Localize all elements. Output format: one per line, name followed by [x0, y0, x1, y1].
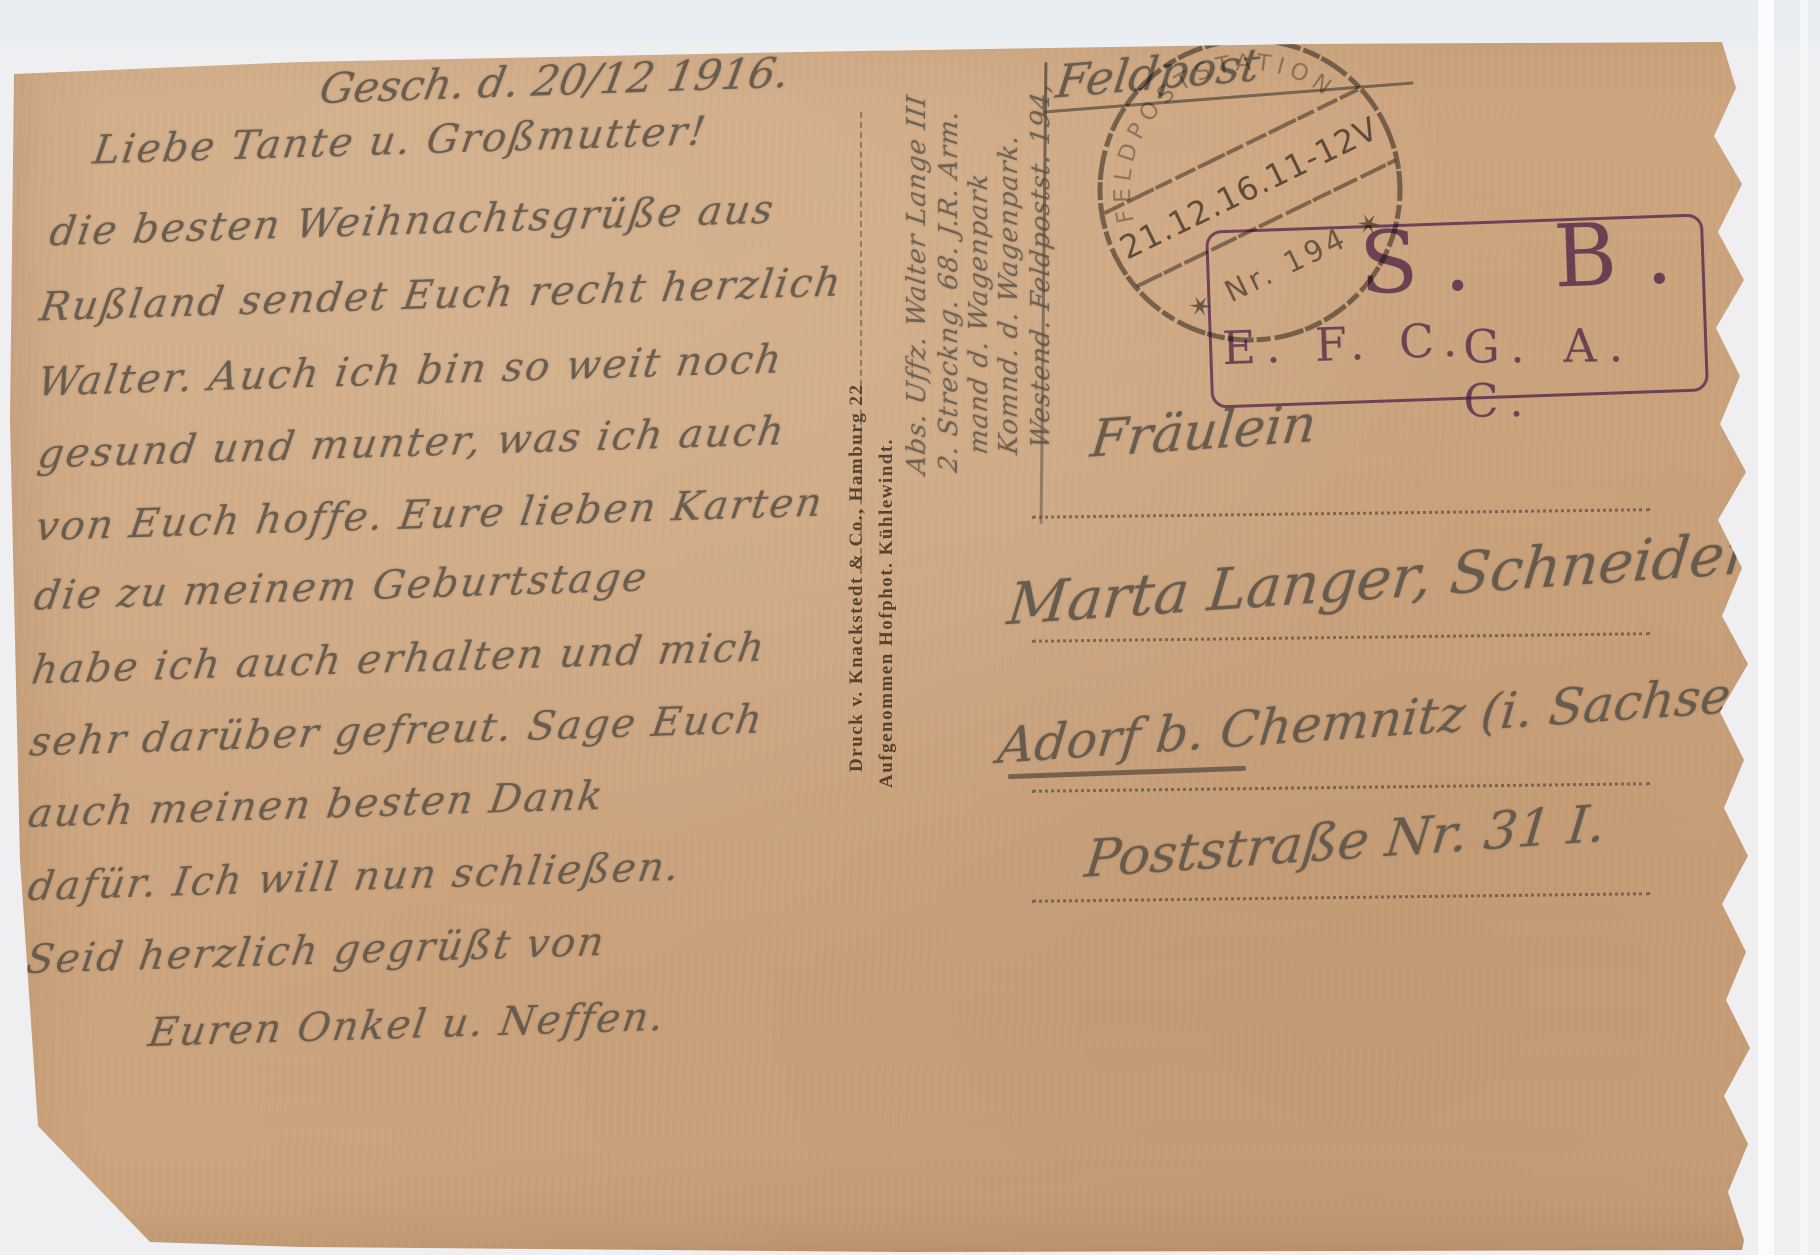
message-line: Liebe Tante u. Großmutter! [90, 108, 710, 173]
message-line: Rußland sendet Euch recht herzlich [37, 259, 846, 330]
message-line: gesund und munter, was ich auch [35, 408, 789, 477]
scanned-postcard-back: Gesch. d. 20/12 1916. Liebe Tante u. Gro… [0, 0, 1820, 1255]
address-rule [1032, 508, 1650, 519]
censor-sb-label: S. B. [1358, 203, 1702, 315]
printed-publisher-credit: Druck v. Knackstedt & Co., Hamburg 22 [846, 383, 868, 772]
censor-right-label: G. A. C. [1463, 318, 1706, 428]
message-line: dafür. Ich will nun schließen. [25, 844, 684, 910]
address-street: Poststraße Nr. 31 I. [1082, 794, 1608, 890]
censor-left-label: E. F. C. [1221, 313, 1468, 376]
message-line: habe ich auch erhalten und mich [29, 625, 769, 694]
scanner-light-stripe [1800, 0, 1808, 1255]
address-salutation: Fräulein [1088, 394, 1320, 469]
address-rule [1032, 892, 1650, 903]
sender-line: 2. Streckng. 68. J.R. Arm. [934, 108, 964, 474]
address-rule [1032, 782, 1650, 793]
message-line: auch meinen besten Dank [25, 773, 607, 837]
message-line: Seid herzlich gegrüßt von [23, 919, 609, 983]
message-line: von Euch hoffe. Eure lieben Karten [33, 480, 827, 551]
handwritten-date: Gesch. d. 20/12 1916. [316, 48, 793, 113]
message-line: Walter. Auch ich bin so weit noch [35, 336, 786, 405]
message-line: sehr darüber gefreut. Sage Euch [27, 697, 767, 766]
postcard-paper: Gesch. d. 20/12 1916. Liebe Tante u. Gro… [0, 0, 1820, 1255]
sender-line: Komnd. d. Wagenpark. [994, 133, 1024, 457]
sender-line: Abs. Uffz. Walter Lange III [902, 93, 932, 476]
sender-line: mand d. Wagenpark [964, 171, 994, 456]
printed-divider-line [860, 112, 862, 574]
unit-censor-stamp: S. B. E. F. C. G. A. C. [1205, 213, 1709, 408]
address-rule [1032, 632, 1650, 643]
scanner-light-stripe [1758, 0, 1774, 1255]
message-line: Euren Onkel u. Neffen. [145, 994, 668, 1056]
message-line: die zu meinem Geburtstage [31, 554, 651, 619]
message-line: die besten Weihnachtsgrüße aus [47, 187, 778, 256]
address-name: Marta Langer, Schneiderin. [1004, 514, 1820, 638]
address-town: Adorf b. Chemnitz (i. Sachsen) [995, 663, 1786, 775]
printed-photographer-credit: Aufgenommen Hofphot. Kühlewindt. [876, 438, 898, 788]
